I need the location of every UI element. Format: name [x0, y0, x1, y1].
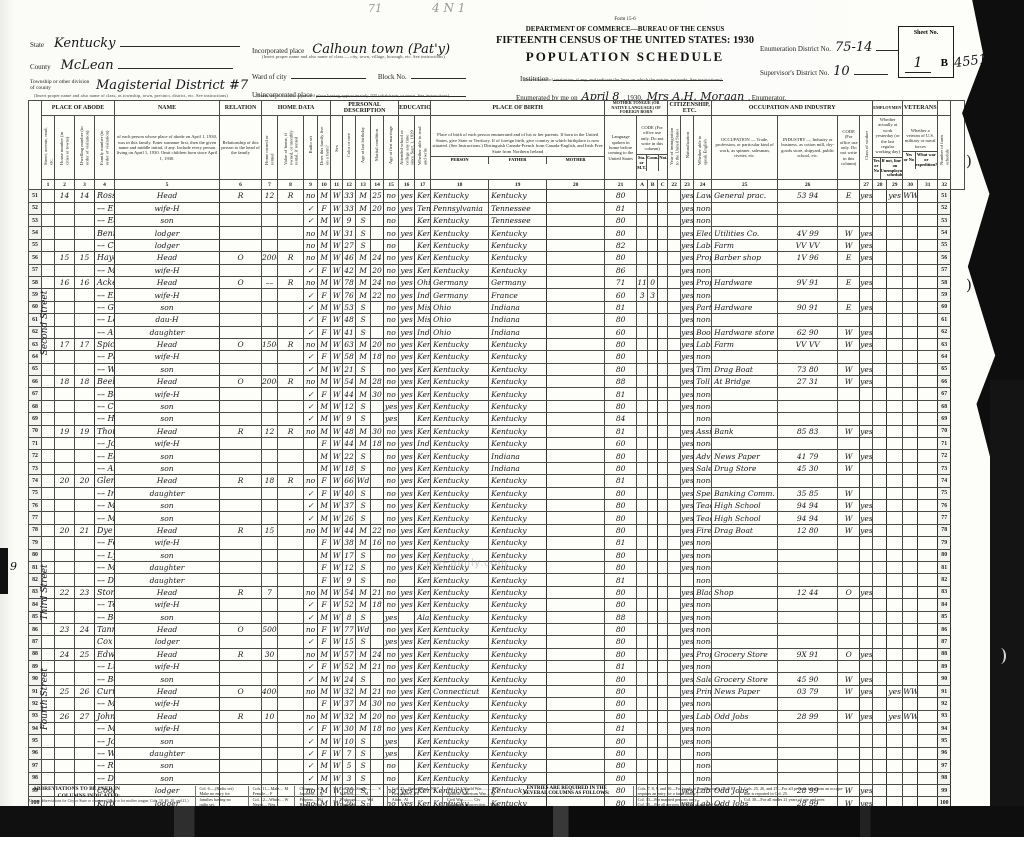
cell-age: 44: [343, 388, 356, 400]
cell-immigration: [658, 648, 668, 660]
cell-mother_tongue: [547, 388, 605, 400]
cell-name: –– Edward L.: [95, 450, 115, 462]
cell-naturalization: [668, 549, 681, 561]
cell-naturalization: [668, 301, 681, 313]
abbreviations-title: ABBREVIATIONS TO BE USED IN COLUMNS INDI…: [28, 786, 120, 799]
incorporated-note: (Insert proper name and also name of cla…: [262, 54, 452, 59]
cell-codeA: 80: [605, 599, 637, 611]
cell-sex: F: [318, 202, 331, 214]
cell-mother_tongue: [547, 574, 605, 586]
cell-birthplace: Tennessee: [415, 202, 431, 214]
cell-occupation: none: [694, 772, 712, 784]
column-number: 25: [712, 180, 778, 190]
cell-age: 21: [343, 363, 356, 375]
cell-codeA: 80: [605, 351, 637, 363]
cell-worker_class: W: [838, 326, 860, 338]
cell-occ_code: 90 91: [778, 301, 838, 313]
cell-occupation: Salesman: [694, 673, 712, 685]
cell-codeB: [637, 747, 648, 759]
cell-speaks_english: yes: [681, 487, 694, 499]
cell-family: 26: [75, 685, 95, 697]
cell-worker_class: E: [838, 190, 860, 202]
cell-read_write: yes: [399, 524, 415, 536]
cell-farm: no: [304, 239, 318, 251]
cell-unemp_line: [873, 363, 887, 375]
cell-unemp_line: [873, 760, 887, 772]
cell-mother_birthplace: Kentucky: [489, 661, 547, 673]
cell-age_first_married: 18: [371, 438, 384, 450]
cell-marital: S: [356, 760, 371, 772]
cell-mother_birthplace: Kentucky: [489, 772, 547, 784]
cell-worker_class: [838, 760, 860, 772]
cell-codeB: [637, 351, 648, 363]
cell-relation: Head: [115, 524, 220, 536]
cell-at_work: yes: [860, 301, 873, 313]
cell-naturalization: [668, 438, 681, 450]
cell-farm: no: [304, 623, 318, 635]
cell-war: [903, 772, 918, 784]
cell-father_birthplace: Germany: [431, 276, 489, 288]
cell-farm_schedule: [918, 710, 938, 722]
cell-mother_birthplace: Kentucky: [489, 760, 547, 772]
cell-speaks_english: yes: [681, 661, 694, 673]
cell-immigration: [658, 735, 668, 747]
cell-tenure: [220, 388, 262, 400]
cell-worker_class: W: [838, 363, 860, 375]
cell-age_first_married: [371, 636, 384, 648]
cell-speaks_english: [681, 413, 694, 425]
cell-worker_class: [838, 413, 860, 425]
cell-dwelling: [55, 388, 75, 400]
cell-radio: [278, 450, 304, 462]
cell-at_work: yes: [860, 673, 873, 685]
cell-codeC: [648, 710, 658, 722]
census-row: 79–– Feliawife-HFW38M16noyesKentuckyKent…: [29, 537, 965, 549]
cell-sex: F: [318, 623, 331, 635]
cell-tenure: [220, 400, 262, 412]
cell-codeA: 80: [605, 215, 637, 227]
cell-war: WW: [903, 190, 918, 202]
cell-immigration: [658, 549, 668, 561]
cell-school: no: [384, 215, 399, 227]
cell-radio: [278, 599, 304, 611]
cell-birthplace: Kentucky: [415, 227, 431, 239]
cell-read_write: yes: [399, 190, 415, 202]
line-number: 80: [938, 549, 951, 561]
cell-tenure: [220, 561, 262, 573]
cell-dwelling: [55, 351, 75, 363]
cell-radio: [278, 586, 304, 598]
census-row: 69–– Hughson✓MW9SyesKentuckyKentuckyKent…: [29, 413, 965, 425]
cell-unemp_line: [873, 772, 887, 784]
cell-war: [903, 438, 918, 450]
cell-mother_birthplace: Kentucky: [489, 475, 547, 487]
cell-name: –– Dixie L.: [95, 574, 115, 586]
cell-naturalization: [668, 400, 681, 412]
census-row: 61–– Louise M.dau-H✓FW48SnoyesMississipp…: [29, 314, 965, 326]
cell-value: 12: [262, 190, 278, 202]
cell-war: [903, 549, 918, 561]
cell-birthplace: Alabama: [415, 611, 431, 623]
cell-radio: [278, 289, 304, 301]
cell-mother_tongue: [547, 239, 605, 251]
cell-speaks_english: yes: [681, 586, 694, 598]
cell-at_work: yes: [860, 276, 873, 288]
census-row: 54Bennet RaymondlodgernoMW31SnoyesKentuc…: [29, 227, 965, 239]
cell-mother_birthplace: Germany: [489, 276, 547, 288]
cell-occupation: Salesman: [694, 462, 712, 474]
cell-occ_code: [778, 698, 838, 710]
cell-father_birthplace: Kentucky: [431, 673, 489, 685]
cell-dwelling: 17: [55, 338, 75, 350]
cell-school: no: [384, 710, 399, 722]
cell-family: [75, 549, 95, 561]
cell-occ_code: VV VV: [778, 239, 838, 251]
cell-age: 27: [343, 239, 356, 251]
cell-family: [75, 202, 95, 214]
cell-sex: M: [318, 512, 331, 524]
cell-name: –– Merlin: [95, 512, 115, 524]
cell-read_write: [399, 760, 415, 772]
cell-father_birthplace: Kentucky: [431, 351, 489, 363]
cell-value: 4000: [262, 685, 278, 697]
cell-age_first_married: [371, 239, 384, 251]
cell-dwelling: [55, 611, 75, 623]
cell-value: [262, 239, 278, 251]
cell-at_work: [860, 215, 873, 227]
cell-farm: no: [304, 276, 318, 288]
column-description: Naturalization: [681, 116, 694, 180]
cell-war: [903, 487, 918, 499]
cell-mother_tongue: [547, 425, 605, 437]
cell-worker_class: [838, 388, 860, 400]
cell-industry: [712, 537, 778, 549]
cell-marital: S: [356, 735, 371, 747]
cell-speaks_english: yes: [681, 599, 694, 611]
cell-read_write: yes: [399, 314, 415, 326]
cell-occupation: Time Keeper: [694, 363, 712, 375]
cell-naturalization: [668, 561, 681, 573]
cell-speaks_english: yes: [681, 499, 694, 511]
census-row: 882425Edwards D. EnnisHeadR30noMW57M24no…: [29, 648, 965, 660]
cell-radio: [278, 215, 304, 227]
cell-war: [903, 636, 918, 648]
cell-codeA: 80: [605, 252, 637, 264]
cell-at_work: [860, 487, 873, 499]
cell-farm_schedule: [918, 376, 938, 388]
cell-sex: F: [318, 289, 331, 301]
cell-immigration: [658, 698, 668, 710]
cell-mother_birthplace: Kentucky: [489, 400, 547, 412]
cell-occ_code: 12 80: [778, 524, 838, 536]
cell-name: –– Ray L.: [95, 760, 115, 772]
cell-family: [75, 351, 95, 363]
cell-codeB: [637, 499, 648, 511]
cell-read_write: yes: [399, 586, 415, 598]
cell-naturalization: [668, 252, 681, 264]
cell-sex: M: [318, 586, 331, 598]
cell-relation: Head: [115, 276, 220, 288]
cell-relation: dau-H: [115, 314, 220, 326]
column-number: 13: [356, 180, 371, 190]
cell-mother_tongue: [547, 264, 605, 276]
cell-tenure: [220, 264, 262, 276]
cell-school: no: [384, 685, 399, 697]
cell-name: Spicer William F.: [95, 338, 115, 350]
cell-immigration: [658, 723, 668, 735]
cell-occ_code: 73 80: [778, 363, 838, 375]
column-number: 30: [903, 180, 918, 190]
cell-at_work: [860, 289, 873, 301]
cell-read_write: yes: [399, 648, 415, 660]
cell-birthplace: Kentucky: [415, 586, 431, 598]
cell-codeC: 0: [648, 276, 658, 288]
column-number: 10: [318, 180, 331, 190]
cell-farm_schedule: [918, 611, 938, 623]
cell-war: [903, 735, 918, 747]
cell-mother_tongue: [547, 252, 605, 264]
cell-veteran: [887, 599, 903, 611]
cell-relation: Head: [115, 338, 220, 350]
cell-worker_class: E: [838, 252, 860, 264]
cell-naturalization: [668, 586, 681, 598]
cell-read_write: [399, 747, 415, 759]
cell-unemp_line: [873, 611, 887, 623]
cell-age_first_married: 24: [371, 276, 384, 288]
cell-age_first_married: 30: [371, 388, 384, 400]
cell-age_first_married: 20: [371, 202, 384, 214]
cell-mother_tongue: [547, 438, 605, 450]
cell-house_no: [42, 438, 55, 450]
cell-color: W: [331, 648, 343, 660]
cell-at_work: yes: [860, 524, 873, 536]
cell-dwelling: [55, 735, 75, 747]
cell-war: [903, 351, 918, 363]
cell-name: –– Lucy E.: [95, 661, 115, 673]
cell-farm: ✓: [304, 314, 318, 326]
cell-father_birthplace: Kentucky: [431, 388, 489, 400]
cell-occ_code: 41 79: [778, 450, 838, 462]
cell-mother_tongue: [547, 499, 605, 511]
cell-tenure: [220, 227, 262, 239]
sd-value: 10: [833, 64, 850, 79]
line-number: 55: [938, 239, 951, 251]
cell-speaks_english: [681, 772, 694, 784]
cell-immigration: [658, 388, 668, 400]
cell-immigration: [658, 264, 668, 276]
census-row: 52–– Evawife-H✓FW33M20noyesTennesseePenn…: [29, 202, 965, 214]
cell-industry: News Paper: [712, 450, 778, 462]
sheet-letter: B: [941, 57, 948, 69]
line-number: 71: [938, 438, 951, 450]
cell-marital: S: [356, 561, 371, 573]
block-label: Block No.: [378, 73, 407, 81]
cell-naturalization: [668, 512, 681, 524]
cell-mother_tongue: [547, 524, 605, 536]
cell-unemp_line: [873, 524, 887, 536]
cell-father_birthplace: Kentucky: [431, 772, 489, 784]
cell-family: [75, 698, 95, 710]
cell-father_birthplace: Kentucky: [431, 487, 489, 499]
cell-color: W: [331, 276, 343, 288]
cell-house_no: [42, 450, 55, 462]
cell-marital: M: [356, 376, 371, 388]
cell-war: [903, 202, 918, 214]
column-number: 6: [220, 180, 262, 190]
cell-codeA: 80: [605, 549, 637, 561]
cell-sex: M: [318, 499, 331, 511]
line-number: 64: [938, 351, 951, 363]
cell-value: [262, 400, 278, 412]
cell-birthplace: Kentucky: [415, 351, 431, 363]
cell-unemp_line: [873, 400, 887, 412]
cell-birthplace: Kentucky: [415, 710, 431, 722]
cell-color: W: [331, 499, 343, 511]
cell-dwelling: 22: [55, 586, 75, 598]
cell-marital: S: [356, 772, 371, 784]
cell-value: [262, 772, 278, 784]
cell-father_birthplace: Ohio: [431, 314, 489, 326]
cell-tenure: R: [220, 586, 262, 598]
cell-marital: S: [356, 239, 371, 251]
cell-industry: Grocery Store: [712, 673, 778, 685]
cell-age: 7: [343, 747, 356, 759]
cell-codeA: 80: [605, 227, 637, 239]
cell-veteran: [887, 475, 903, 487]
cell-tenure: R: [220, 190, 262, 202]
cell-marital: M: [356, 425, 371, 437]
cell-relation: lodger: [115, 239, 220, 251]
cell-farm: no: [304, 710, 318, 722]
column-number: 9: [304, 180, 318, 190]
cell-unemp_line: [873, 326, 887, 338]
cell-farm: no: [304, 376, 318, 388]
cell-relation: Head: [115, 586, 220, 598]
cell-marital: S: [356, 462, 371, 474]
cell-mother_birthplace: Kentucky: [489, 438, 547, 450]
ward-field: Ward of city Block No.: [252, 66, 466, 84]
cell-codeB: [637, 314, 648, 326]
cell-farm_schedule: [918, 326, 938, 338]
cell-speaks_english: yes: [681, 239, 694, 251]
cell-marital: M: [356, 190, 371, 202]
cell-farm_schedule: [918, 723, 938, 735]
cell-birthplace: Kentucky: [415, 190, 431, 202]
cell-codeB: [637, 326, 648, 338]
cell-speaks_english: yes: [681, 524, 694, 536]
cell-unemp_line: [873, 710, 887, 722]
cell-speaks_english: yes: [681, 549, 694, 561]
cell-unemp_line: [873, 499, 887, 511]
line-number: 52: [938, 202, 951, 214]
cell-school: no: [384, 648, 399, 660]
cell-mother_birthplace: Kentucky: [489, 487, 547, 499]
cell-radio: [278, 239, 304, 251]
cell-sex: M: [318, 772, 331, 784]
cell-marital: S: [356, 413, 371, 425]
cell-relation: son: [115, 400, 220, 412]
cell-industry: [712, 314, 778, 326]
cell-naturalization: [668, 599, 681, 611]
cell-school: no: [384, 376, 399, 388]
cell-school: no: [384, 462, 399, 474]
cell-read_write: yes: [399, 301, 415, 313]
cell-immigration: [658, 487, 668, 499]
line-number: 71: [29, 438, 42, 450]
cell-school: no: [384, 363, 399, 375]
cell-tenure: R: [220, 710, 262, 722]
cell-marital: M: [356, 202, 371, 214]
cell-mother_birthplace: Kentucky: [489, 537, 547, 549]
cell-occ_code: [778, 723, 838, 735]
cell-occ_code: [778, 636, 838, 648]
sheet-number-box: Sheet No. 1 B: [898, 26, 954, 78]
column-description: Street, avenue, road, etc.: [42, 116, 55, 180]
cell-marital: M: [356, 648, 371, 660]
cell-immigration: [658, 499, 668, 511]
cell-mother_tongue: [547, 190, 605, 202]
cell-sex: M: [318, 524, 331, 536]
cell-codeA: 80: [605, 512, 637, 524]
cell-name: –– Telia B.: [95, 599, 115, 611]
cell-at_work: [860, 760, 873, 772]
cell-tenure: [220, 599, 262, 611]
cell-war: [903, 338, 918, 350]
cell-immigration: [658, 215, 668, 227]
cell-unemp_line: [873, 673, 887, 685]
cell-immigration: [658, 227, 668, 239]
cell-worker_class: W: [838, 227, 860, 239]
column-group-header: CITIZENSHIP, ETC.: [668, 101, 712, 116]
cell-school: no: [384, 537, 399, 549]
cell-speaks_english: yes: [681, 698, 694, 710]
cell-sex: F: [318, 747, 331, 759]
cell-codeC: [648, 425, 658, 437]
cell-name: –– Phebe: [95, 351, 115, 363]
cell-relation: son: [115, 611, 220, 623]
census-row: 89–– Lucy E.wife-H✓FW52M21noyesKentuckyK…: [29, 661, 965, 673]
line-number: 88: [938, 648, 951, 660]
cell-age_first_married: 21: [371, 586, 384, 598]
cell-mother_birthplace: Kentucky: [489, 264, 547, 276]
cell-unemp_line: [873, 561, 887, 573]
cell-age: 78: [343, 276, 356, 288]
cell-sex: M: [318, 301, 331, 313]
cell-codeC: [648, 772, 658, 784]
enumeration-district-field: Enumeration District No. 75-14: [760, 38, 900, 56]
cell-naturalization: [668, 202, 681, 214]
cell-mother_tongue: [547, 338, 605, 350]
cell-age_first_married: 20: [371, 338, 384, 350]
cell-worker_class: [838, 264, 860, 276]
cell-color: W: [331, 363, 343, 375]
column-description: Dwelling number (in order of visitation): [75, 116, 95, 180]
cell-mother_tongue: [547, 760, 605, 772]
cell-sex: M: [318, 239, 331, 251]
cell-family: [75, 450, 95, 462]
cell-industry: [712, 747, 778, 759]
cell-value: [262, 351, 278, 363]
census-row: 742020Glenn RosaHeadR18RnoFW66WdnoyesKen…: [29, 475, 965, 487]
cell-marital: M: [356, 289, 371, 301]
cell-industry: Hardware store: [712, 326, 778, 338]
cell-school: no: [384, 264, 399, 276]
line-number: 58: [938, 276, 951, 288]
cell-school: yes: [384, 400, 399, 412]
cell-tenure: O: [220, 338, 262, 350]
abbreviations-note: (Use no abbreviations for City or State …: [28, 799, 189, 803]
census-row: 92–– Maudwife-HFW37M30noyesKentuckyKentu…: [29, 698, 965, 710]
